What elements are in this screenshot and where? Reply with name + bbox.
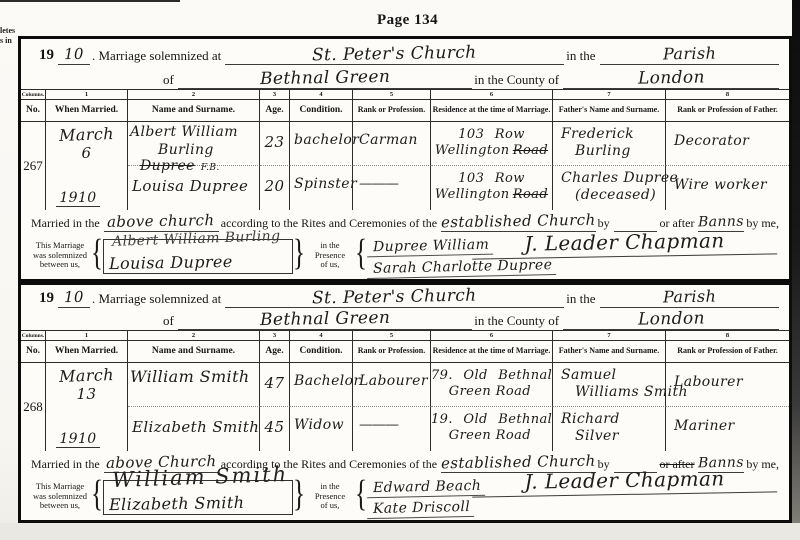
column-number: 1 (46, 89, 128, 100)
year-prefix: 19 (21, 290, 58, 308)
groom-condition: bachelor (294, 132, 359, 148)
bride-rank-cell: ——— (353, 407, 431, 451)
header-when-married: When Married. (46, 100, 128, 122)
groom-age-cell: 47 (260, 363, 290, 407)
groom-rank: Labourer (359, 373, 428, 389)
groom-condition-cell: bachelor (290, 122, 353, 166)
district-handwritten: Parish (662, 287, 716, 307)
columns-label: Columns. (21, 330, 46, 341)
in-the-label: in the (564, 291, 599, 308)
groom-signature: William Smith (112, 462, 289, 492)
married-in-the-label: Married in the (29, 216, 104, 232)
groom-residence-line1: 103 Row (458, 127, 525, 142)
column-number: 1 (46, 330, 128, 341)
presence-label: in the Presence of us, (305, 232, 355, 270)
groom-father-rank-cell: Labourer (666, 363, 789, 407)
margin-fragment: letes (0, 26, 36, 36)
of-label: of (161, 313, 178, 330)
bride-residence-struck: Road (513, 187, 548, 202)
groom-name-line1: Albert William (130, 125, 238, 139)
open-brace: { (91, 473, 103, 518)
close-brace: } (293, 232, 305, 277)
officiant-signature: J. Leader Chapman (472, 465, 777, 497)
header-residence: Residence at the time of Marriage. (431, 341, 553, 363)
groom-residence-cell: 103 Row Wellington Road (431, 122, 553, 166)
register-entry-267: 19 10 . Marriage solemnized at St. Peter… (18, 36, 792, 282)
year-suffix-handwritten: 10 (64, 288, 84, 306)
groom-father-cell: Frederick Burling (553, 122, 666, 166)
rites-fill: established Church (441, 212, 596, 232)
groom-residence-cell: 79. Old Bethnal Green Road (431, 363, 553, 407)
bride-father-line2: Silver (575, 428, 619, 444)
district-fill: Parish (600, 287, 779, 308)
entry-number-cell: 267 (21, 122, 46, 210)
county-handwritten: London (637, 308, 704, 329)
bride-residence-line2: Wellington (435, 187, 510, 202)
bride-condition: Spinster (294, 176, 357, 192)
page-title: Page 134 (377, 12, 438, 29)
bride-condition-cell: Widow (290, 407, 353, 451)
entry-number: 267 (23, 158, 43, 174)
groom-age: 47 (265, 374, 285, 392)
groom-condition: Bachelor (294, 373, 361, 389)
bride-condition-cell: Spinster (290, 166, 353, 210)
column-number: 5 (353, 89, 431, 100)
couple-signature-box: William Smith Elizabeth Smith (103, 480, 293, 515)
groom-rank-cell: Carman (353, 122, 431, 166)
groom-name-cell: William Smith (128, 363, 260, 407)
this-marriage-label: This Marriage was solemnized between us, (29, 232, 91, 270)
scan-right-edge (792, 0, 800, 540)
column-number: 4 (290, 330, 353, 341)
column-number: 7 (553, 330, 666, 341)
bride-father-line2: (deceased) (575, 187, 656, 203)
column-number: 4 (290, 89, 353, 100)
officiant-signature: J. Leader Chapman (472, 227, 777, 259)
groom-condition-cell: Bachelor (290, 363, 353, 407)
bride-father-rank: Mariner (674, 418, 735, 434)
married-in-handwritten: above church (107, 211, 215, 231)
header-no: No. (21, 100, 46, 122)
witness-2-signature: Sarah Charlotte Dupree (367, 257, 557, 279)
witness-1-signature: Edward Beach (367, 478, 486, 498)
of-label: of (161, 72, 178, 89)
when-year: 1910 (56, 190, 100, 207)
header-father-name: Father's Name and Surname. (553, 341, 666, 363)
when-month: March (46, 365, 128, 387)
column-number: 5 (353, 330, 431, 341)
scan-bottom-strip (0, 523, 800, 540)
county-fill: London (563, 309, 779, 330)
place-fill: Bethnal Green (178, 68, 472, 89)
bride-father-cell: Richard Silver (553, 407, 666, 451)
bride-name: Elizabeth Smith (132, 418, 259, 436)
bride-residence-cell: 19. Old Bethnal Green Road (431, 407, 553, 451)
married-in-section: Married in the above Church according to… (21, 451, 789, 520)
column-number: 3 (260, 89, 290, 100)
bride-father-line1: Richard (561, 411, 620, 427)
close-brace: } (293, 473, 305, 518)
bride-father-rank-cell: Wire worker (666, 166, 789, 210)
couple-signature-box: Albert William Burling Louisa Dupree (103, 239, 293, 274)
columns-label: Columns. (21, 89, 46, 100)
header-residence: Residence at the time of Marriage. (431, 100, 553, 122)
when-month: March (46, 124, 128, 146)
district-fill: Parish (600, 44, 779, 65)
groom-father-line1: Samuel (561, 367, 616, 383)
column-number: 3 (260, 330, 290, 341)
open-brace: { (355, 473, 367, 518)
bride-residence-cell: 103 Row Wellington Road (431, 166, 553, 210)
married-in-fill: above church (104, 212, 219, 232)
header-father-name: Father's Name and Surname. (553, 100, 666, 122)
bride-age: 45 (265, 418, 285, 436)
witness-2-signature: Kate Driscoll (367, 499, 475, 519)
groom-father-rank-cell: Decorator (666, 122, 789, 166)
column-number: 2 (128, 330, 260, 341)
church-handwritten: St. Peter's Church (312, 286, 477, 309)
bride-father-rank-cell: Mariner (666, 407, 789, 451)
year-suffix-fill: 10 (58, 288, 90, 308)
header-father-rank: Rank or Profession of Father. (666, 341, 789, 363)
entry-number-cell: 268 (21, 363, 46, 451)
when-married-cell: March 6 1910 (46, 122, 128, 210)
rites-handwritten: established Church (441, 211, 596, 232)
year-suffix-fill: 10 (58, 45, 90, 65)
church-handwritten: St. Peter's Church (312, 43, 477, 66)
county-of-label: in the County of (472, 313, 563, 330)
groom-father-line2: Burling (575, 143, 631, 159)
this-marriage-label: This Marriage was solemnized between us, (29, 473, 91, 511)
year-suffix-handwritten: 10 (64, 45, 84, 63)
when-day: 13 (46, 385, 127, 403)
header-name-surname: Name and Surname. (128, 341, 260, 363)
groom-residence-line2: Wellington (435, 143, 510, 158)
groom-name-line2: Burling (158, 143, 214, 157)
entry-number: 268 (23, 399, 43, 415)
groom-father-line1: Frederick (561, 126, 634, 142)
bride-name-cell: Louisa Dupree (128, 166, 260, 210)
column-number: 2 (128, 89, 260, 100)
header-rank: Rank or Profession. (353, 100, 431, 122)
header-line-2: of Bethnal Green in the County of London (21, 65, 789, 89)
bride-age-cell: 45 (260, 407, 290, 451)
year-prefix: 19 (21, 47, 58, 65)
header-line-1: 19 10 . Marriage solemnized at St. Peter… (21, 39, 789, 65)
column-number: 6 (431, 330, 553, 341)
county-handwritten: London (637, 67, 704, 88)
bride-rank: ——— (359, 417, 398, 433)
when-day: 6 (46, 144, 127, 162)
header-condition: Condition. (290, 100, 353, 122)
church-fill: St. Peter's Church (225, 287, 564, 308)
open-brace: { (355, 232, 367, 277)
church-fill: St. Peter's Church (225, 44, 564, 65)
solemnized-at-label: . Marriage solemnized at (90, 48, 225, 65)
bride-father-line1: Charles Dupree (561, 170, 678, 186)
header-line-2: of Bethnal Green in the County of London (21, 308, 789, 330)
bride-signature: Louisa Dupree (109, 252, 233, 273)
presence-label: in the Presence of us, (305, 473, 355, 511)
place-handwritten: Bethnal Green (260, 67, 391, 89)
scan-top-edge (0, 0, 180, 2)
groom-name-line1: William Smith (130, 364, 250, 384)
header-condition: Condition. (290, 341, 353, 363)
bride-condition: Widow (294, 417, 344, 433)
column-number: 6 (431, 89, 553, 100)
header-rank: Rank or Profession. (353, 341, 431, 363)
groom-name-cell: Albert William Burling DupreeF.B. (128, 122, 260, 166)
groom-residence-line1: 79. Old Bethnal (431, 368, 552, 383)
bride-residence-line1: 19. Old Bethnal (431, 412, 552, 427)
header-name-surname: Name and Surname. (128, 100, 260, 122)
in-the-label: in the (564, 48, 599, 65)
bride-age: 20 (265, 177, 285, 195)
bride-father-cell: Charles Dupree (deceased) (553, 166, 666, 210)
bride-residence-line1: 103 Row (458, 171, 525, 186)
groom-residence-struck: Road (513, 143, 548, 158)
bride-father-rank: Wire worker (674, 177, 767, 193)
header-age: Age. (260, 341, 290, 363)
married-in-the-label: Married in the (29, 457, 104, 473)
place-handwritten: Bethnal Green (260, 308, 391, 330)
bride-name-cell: Elizabeth Smith (128, 407, 260, 451)
married-in-section: Married in the above church according to… (21, 210, 789, 279)
bride-rank: ——— (359, 176, 398, 192)
header-father-rank: Rank or Profession of Father. (666, 100, 789, 122)
groom-father-rank: Decorator (674, 133, 749, 149)
register-table: Columns. 1 2 3 4 5 6 7 8 No. When Marrie… (21, 89, 789, 210)
district-handwritten: Parish (662, 44, 716, 64)
groom-father-cell: Samuel Williams Smith (553, 363, 666, 407)
when-married-cell: March 13 1910 (46, 363, 128, 451)
open-brace: { (91, 232, 103, 277)
column-number: 8 (666, 89, 789, 100)
county-of-label: in the County of (472, 72, 563, 89)
header-age: Age. (260, 100, 290, 122)
register-table: Columns. 1 2 3 4 5 6 7 8 No. When Marrie… (21, 330, 789, 451)
header-when-married: When Married. (46, 341, 128, 363)
groom-age: 23 (265, 133, 285, 151)
column-number: 8 (666, 330, 789, 341)
groom-rank: Carman (359, 132, 418, 148)
place-fill: Bethnal Green (178, 309, 472, 330)
groom-rank-cell: Labourer (353, 363, 431, 407)
groom-father-rank: Labourer (674, 374, 743, 390)
solemnized-at-label: . Marriage solemnized at (90, 291, 225, 308)
column-number: 7 (553, 89, 666, 100)
groom-residence-line2: Green Road (449, 384, 531, 399)
bride-signature: Elizabeth Smith (109, 493, 245, 514)
when-year: 1910 (56, 431, 100, 448)
header-no: No. (21, 341, 46, 363)
register-entry-268: 19 10 . Marriage solemnized at St. Peter… (18, 282, 792, 523)
county-fill: London (563, 68, 779, 89)
bride-rank-cell: ——— (353, 166, 431, 210)
bride-age-cell: 20 (260, 166, 290, 210)
bride-name: Louisa Dupree (132, 177, 248, 195)
bride-residence-line2: Green Road (449, 428, 531, 443)
groom-age-cell: 23 (260, 122, 290, 166)
header-line-1: 19 10 . Marriage solemnized at St. Peter… (21, 285, 789, 308)
